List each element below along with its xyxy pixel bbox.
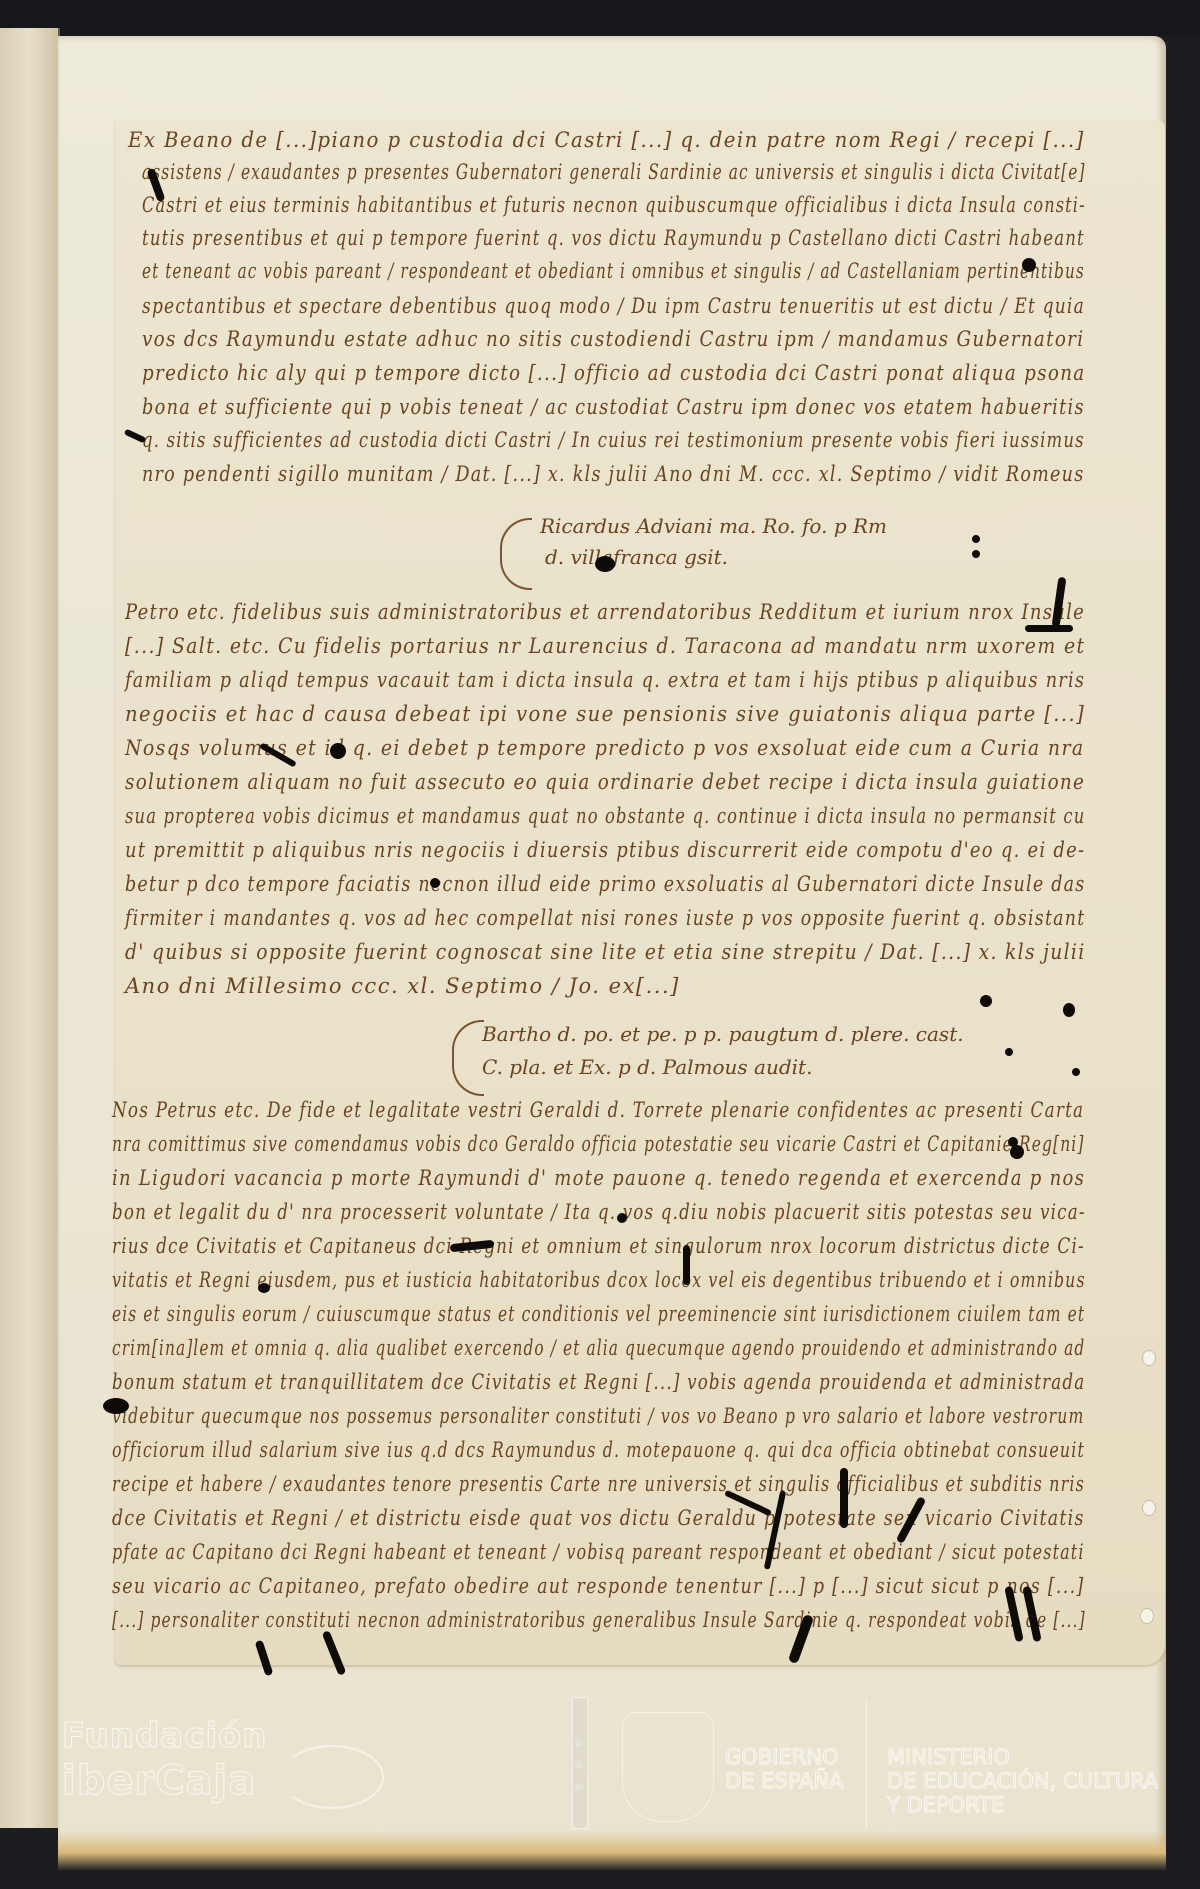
text-line: negociis et hac d causa debeat ipi vone …: [125, 702, 1085, 726]
text-line: crim[ina]lem et omnia q. alia qualibet e…: [112, 1336, 1085, 1360]
signature-line: d. villafranca gsit.: [545, 545, 728, 569]
text-line: solutionem aliquam no fuit assecuto eo q…: [125, 770, 1085, 794]
coat-of-arms-icon: [622, 1712, 714, 1822]
text-line: bona et sufficiente qui p vobis teneat /…: [142, 395, 1085, 419]
text-line: seu vicario ac Capitaneo, prefato obedir…: [112, 1574, 1084, 1598]
signature-line: Ricardus Adviani ma. Ro. fo. p Rm: [540, 514, 887, 538]
text-line: [...] personaliter constituti necnon adm…: [112, 1608, 1086, 1632]
spain-flag-icon: ☆☆☆: [572, 1697, 588, 1829]
text-line: bonum statum et tranquillitatem dce Civi…: [112, 1370, 1085, 1394]
text-line: ut premittit p aliquibus nris negociis i…: [125, 838, 1085, 862]
text-line: bon et legalit du d' nra processerit vol…: [112, 1200, 1086, 1224]
ibercaja-text-1: Fundación: [62, 1716, 268, 1756]
ministry-line-2: DE EDUCACIÓN, CULTURA: [887, 1769, 1158, 1793]
text-line: predicto hic aly qui p tempore dicto [..…: [142, 361, 1085, 385]
text-line: betur p dco tempore faciatis necnon illu…: [125, 872, 1086, 896]
text-line: in Ligudori vacancia p morte Raymundi d'…: [112, 1166, 1085, 1190]
ibercaja-logo-icon: [280, 1745, 384, 1809]
text-line: officiorum illud salarium sive ius q.d d…: [112, 1438, 1085, 1462]
text-line: nro pendenti sigillo munitam / Dat. [...…: [142, 462, 1084, 486]
text-line: assistens / exaudantes p presentes Guber…: [142, 160, 1086, 184]
watermark-divider: [866, 1700, 867, 1828]
text-line: vos dcs Raymundu estate adhuc no sitis c…: [142, 327, 1084, 351]
text-line: eis et singulis eorum / cuiuscumque stat…: [112, 1302, 1085, 1326]
text-line: sua propterea vobis dicimus et mandamus …: [125, 804, 1085, 828]
ministry-line-3: Y DEPORTE: [887, 1793, 1158, 1817]
binding-shadow: [0, 0, 1200, 36]
text-line: tutis presentibus et qui p tempore fueri…: [142, 226, 1085, 250]
text-line: Castri et eius terminis habitantibus et …: [142, 193, 1086, 217]
ministry-line-1: MINISTERIO: [887, 1745, 1158, 1769]
text-line: Petro etc. fidelibus suis administratori…: [125, 600, 1085, 624]
text-line: q. sitis sufficientes ad custodia dicti …: [142, 428, 1085, 452]
text-line: spectantibus et spectare debentibus quoq…: [142, 294, 1085, 318]
text-line: familiam p aliqd tempus vacauit tam i di…: [125, 668, 1085, 692]
government-line-2: DE ESPAÑA: [725, 1769, 843, 1793]
text-line: recipe et habere / exaudantes tenore pre…: [112, 1472, 1085, 1496]
text-line: dce Civitatis et Regni / et districtu ei…: [112, 1506, 1085, 1530]
text-line: Ex Beano de [...]piano p custodia dci Ca…: [128, 128, 1085, 152]
ministry-label: MINISTERIO DE EDUCACIÓN, CULTURA Y DEPOR…: [887, 1745, 1158, 1817]
text-line: nra comittimus sive comendamus vobis dco…: [112, 1132, 1085, 1156]
text-line: rius dce Civitatis et Capitaneus dci Reg…: [112, 1234, 1085, 1258]
text-line: d' quibus si opposite fuerint cognoscat …: [125, 940, 1086, 964]
text-line: pfate ac Capitano dci Regni habeant et t…: [112, 1540, 1085, 1564]
facing-page-edge: [0, 28, 60, 1828]
text-line: [...] Salt. etc. Cu fidelis portarius nr…: [125, 634, 1085, 658]
government-label: GOBIERNO DE ESPAÑA: [725, 1745, 843, 1793]
government-line-1: GOBIERNO: [725, 1745, 843, 1769]
text-line: firmiter i mandantes q. vos ad hec compe…: [125, 906, 1085, 930]
ibercaja-text-2: iberCaja: [62, 1758, 256, 1804]
signature-line: Bartho d. po. et pe. p p. paugtum d. ple…: [482, 1022, 964, 1046]
text-line: videbitur quecumque nos possemus persona…: [112, 1404, 1084, 1428]
text-line: Nos Petrus etc. De fide et legalitate ve…: [112, 1098, 1084, 1122]
signature-line: C. pla. et Ex. p d. Palmous audit.: [482, 1055, 812, 1079]
text-line: Ano dni Millesimo ccc. xl. Septimo / Jo.…: [125, 974, 680, 998]
text-line: et teneant ac vobis pareant / respondean…: [142, 259, 1085, 283]
